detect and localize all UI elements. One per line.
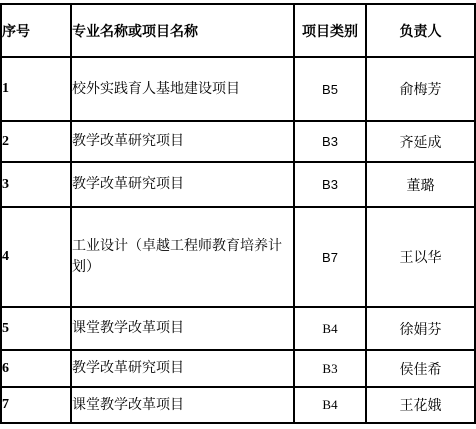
cell-category: B3 — [294, 121, 366, 162]
table-row: 1 校外实践育人基地建设项目 B5 俞梅芳 — [1, 57, 475, 121]
cell-project-name: 教学改革研究项目 — [71, 162, 294, 207]
cell-category: B3 — [294, 162, 366, 207]
cell-project-name: 工业设计（卓越工程师教育培养计划） — [71, 207, 294, 307]
table-row: 5 课堂教学改革项目 B4 徐娟芬 — [1, 307, 475, 350]
header-cell-index: 序号 — [1, 4, 71, 57]
cell-category: B3 — [294, 350, 366, 387]
table-row: 2 教学改革研究项目 B3 齐延成 — [1, 121, 475, 162]
cell-category: B5 — [294, 57, 366, 121]
cell-index: 4 — [1, 207, 71, 307]
header-cell-name: 专业名称或项目名称 — [71, 4, 294, 57]
header-cell-category: 项目类别 — [294, 4, 366, 57]
cell-leader: 俞梅芳 — [366, 57, 475, 121]
table-row: 6 教学改革研究项目 B3 侯佳希 — [1, 350, 475, 387]
table-row: 3 教学改革研究项目 B3 董璐 — [1, 162, 475, 207]
cell-index: 6 — [1, 350, 71, 387]
cell-project-name: 教学改革研究项目 — [71, 121, 294, 162]
table-row: 4 工业设计（卓越工程师教育培养计划） B7 王以华 — [1, 207, 475, 307]
cell-index: 7 — [1, 387, 71, 423]
cell-category: B4 — [294, 387, 366, 423]
cell-project-name: 课堂教学改革项目 — [71, 307, 294, 350]
cell-category: B7 — [294, 207, 366, 307]
cell-leader: 王花娥 — [366, 387, 475, 423]
cell-leader: 徐娟芬 — [366, 307, 475, 350]
cell-category: B4 — [294, 307, 366, 350]
projects-table: 序号 专业名称或项目名称 项目类别 负责人 1 校外实践育人基地建设项目 B5 … — [0, 3, 476, 424]
cell-leader: 齐延成 — [366, 121, 475, 162]
header-cell-leader: 负责人 — [366, 4, 475, 57]
cell-index: 2 — [1, 121, 71, 162]
table-row: 7 课堂教学改革项目 B4 王花娥 — [1, 387, 475, 423]
cell-index: 3 — [1, 162, 71, 207]
cell-project-name: 教学改革研究项目 — [71, 350, 294, 387]
document-page: 序号 专业名称或项目名称 项目类别 负责人 1 校外实践育人基地建设项目 B5 … — [0, 0, 476, 429]
cell-index: 5 — [1, 307, 71, 350]
table-header-row: 序号 专业名称或项目名称 项目类别 负责人 — [1, 4, 475, 57]
cell-leader: 王以华 — [366, 207, 475, 307]
cell-project-name: 课堂教学改革项目 — [71, 387, 294, 423]
cell-project-name: 校外实践育人基地建设项目 — [71, 57, 294, 121]
cell-leader: 董璐 — [366, 162, 475, 207]
cell-leader: 侯佳希 — [366, 350, 475, 387]
cell-index: 1 — [1, 57, 71, 121]
